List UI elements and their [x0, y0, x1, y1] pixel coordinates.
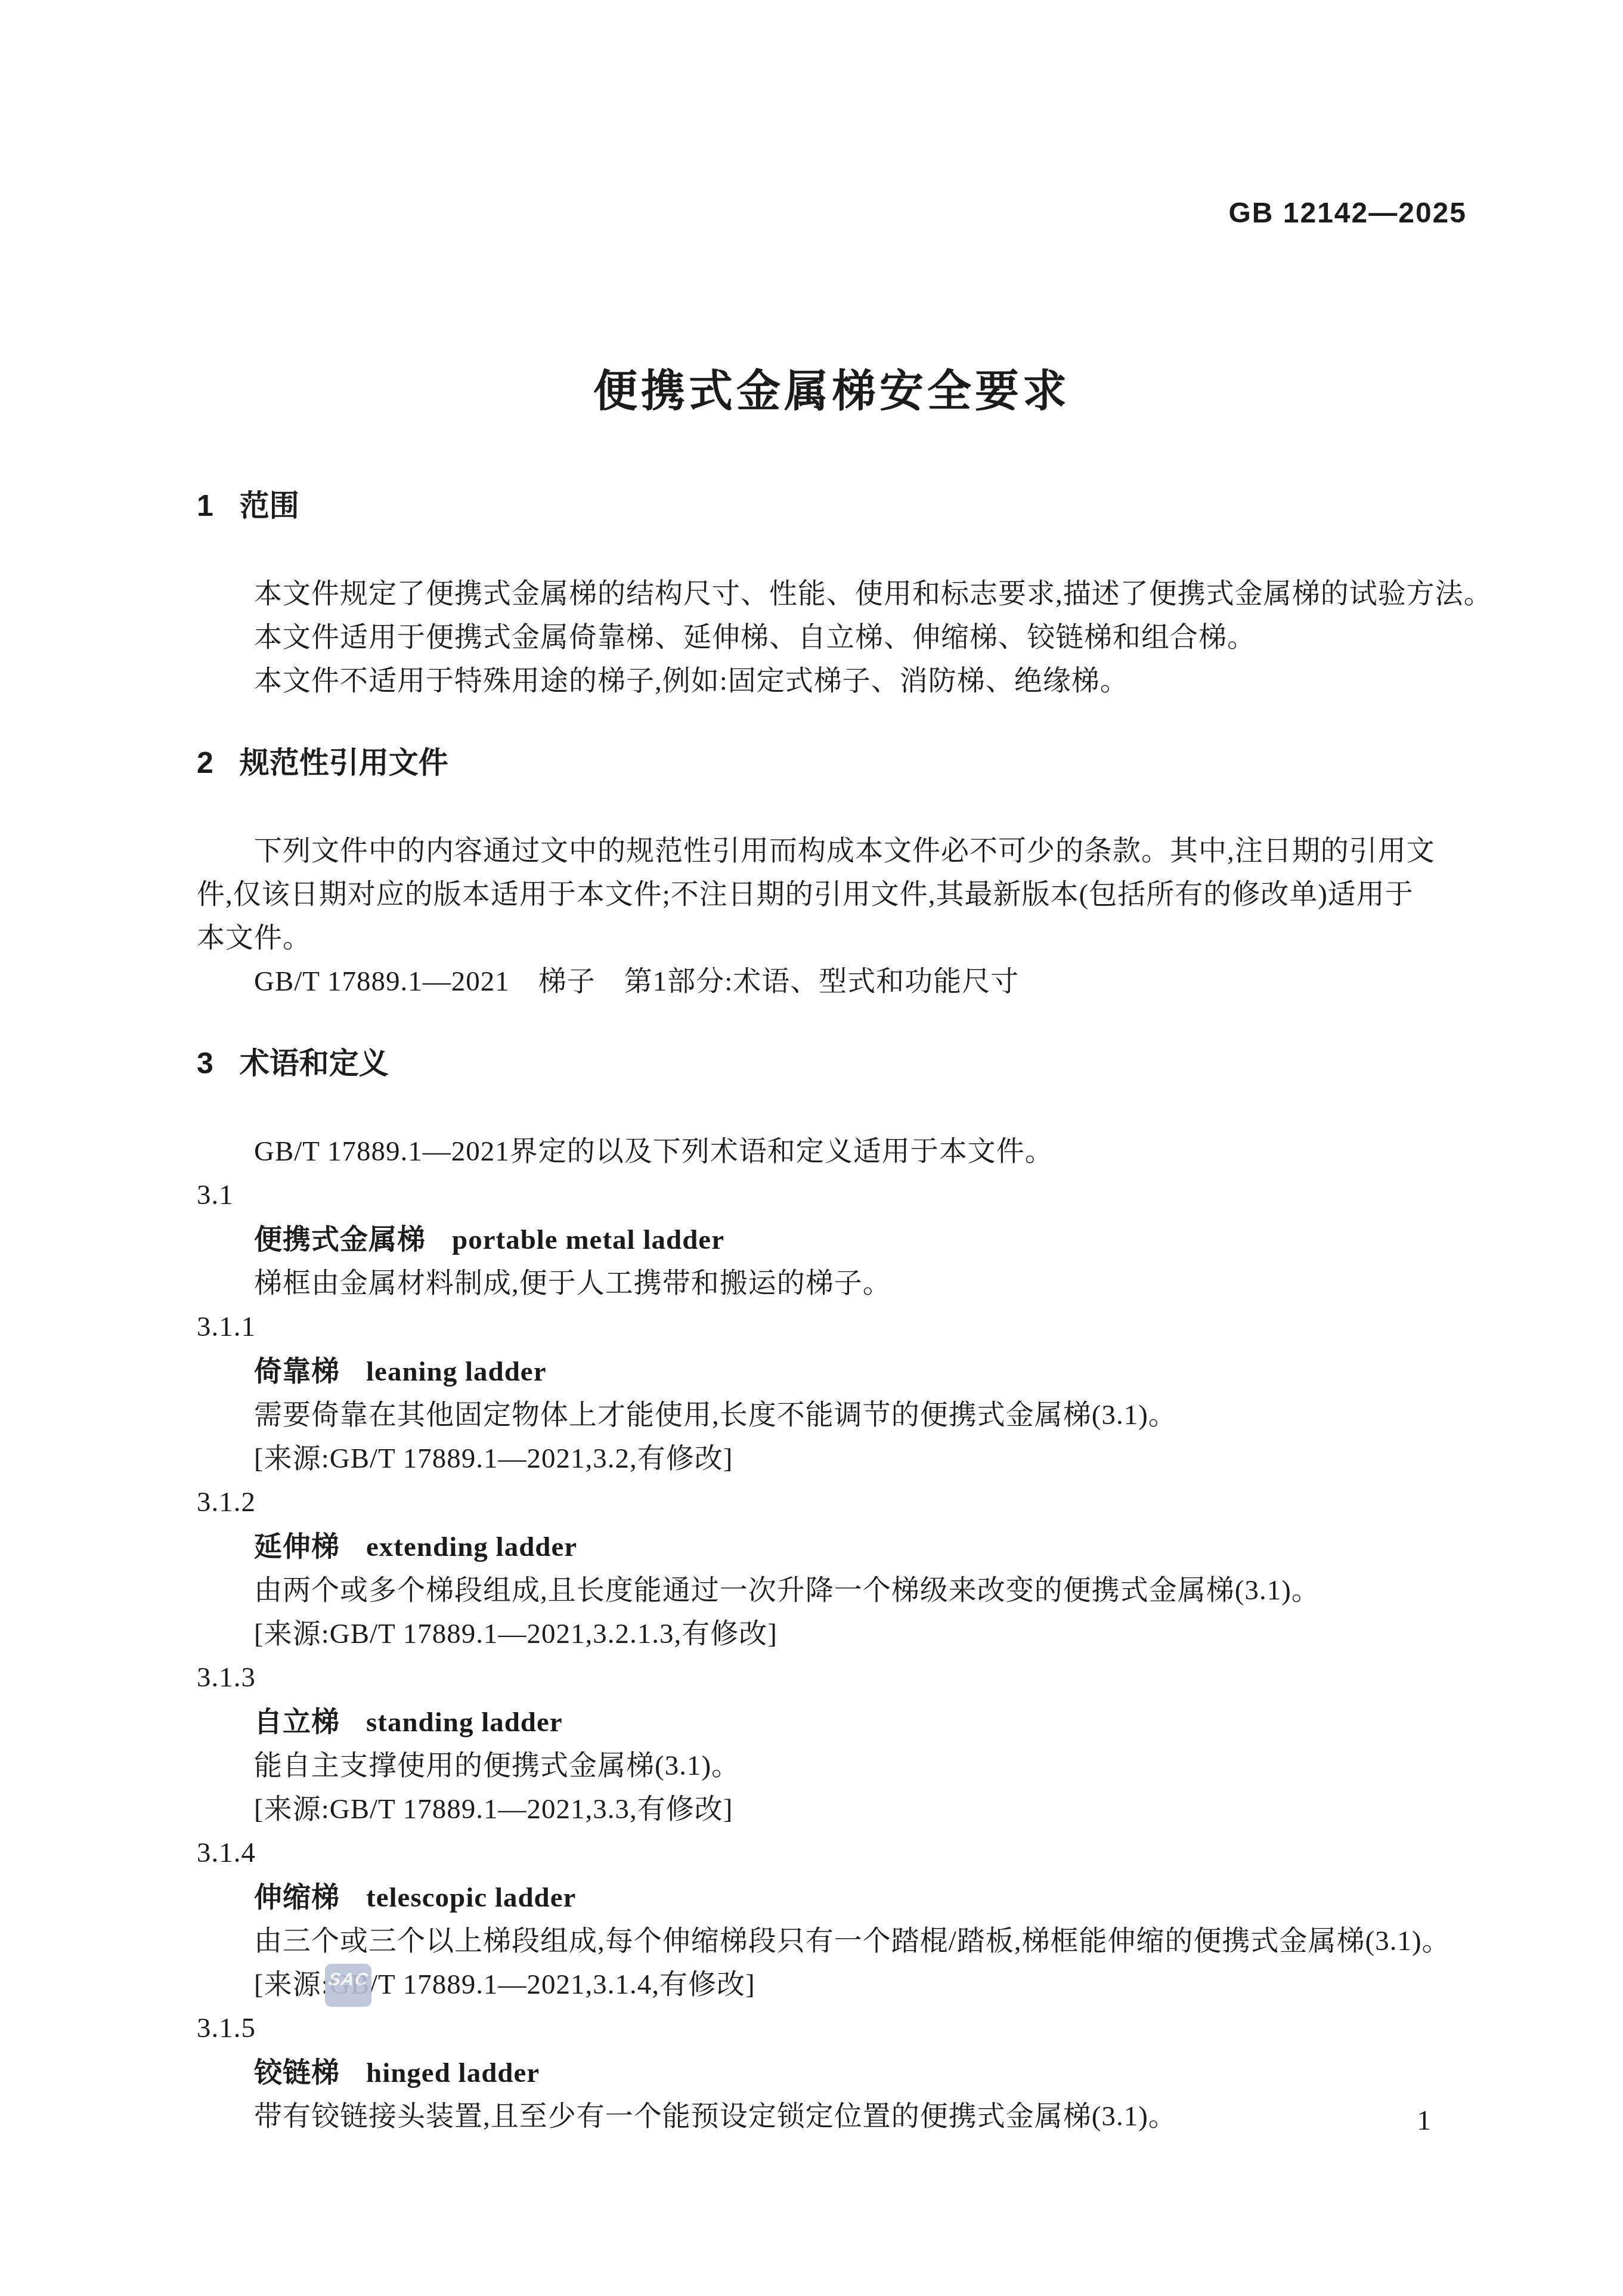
term-definition: 由两个或多个梯段组成,且长度能通过一次升降一个梯级来改变的便携式金属梯(3.1)… [197, 1569, 1467, 1613]
term-zh: 便携式金属梯 [254, 1223, 426, 1255]
term-definition: 由三个或三个以上梯段组成,每个伸缩梯段只有一个踏棍/踏板,梯框能伸缩的便携式金属… [197, 1920, 1467, 1963]
term-title: 倚靠梯leaning ladder [197, 1349, 1467, 1394]
term-en: leaning ladder [366, 1356, 547, 1387]
page-number: 1 [1417, 2104, 1432, 2137]
term-number: 3.1 [197, 1174, 1467, 1217]
paragraph-line: 本文件不适用于特殊用途的梯子,例如:固定式梯子、消防梯、绝缘梯。 [197, 660, 1467, 703]
term-title: 自立梯standing ladder [197, 1700, 1467, 1744]
term-title: 便携式金属梯portable metal ladder [197, 1217, 1467, 1262]
section-1-heading: 1范围 [197, 489, 1467, 522]
term-number: 3.1.3 [197, 1656, 1467, 1700]
document-title: 便携式金属梯安全要求 [197, 360, 1467, 422]
sac-watermark-logo: SAC [325, 1964, 371, 2007]
section-3-number: 3 [197, 1047, 213, 1080]
term-title: 伸缩梯telescopic ladder [197, 1875, 1467, 1920]
section-3-label: 术语和定义 [240, 1047, 389, 1080]
terms-intro: GB/T 17889.1—2021界定的以及下列术语和定义适用于本文件。 [197, 1130, 1467, 1174]
paragraph-line: 本文件规定了便携式金属梯的结构尺寸、性能、使用和标志要求,描述了便携式金属梯的试… [197, 573, 1467, 616]
term-title: 铰链梯hinged ladder [197, 2050, 1467, 2095]
section-3-heading: 3术语和定义 [197, 1047, 1467, 1080]
term-definition: 梯框由金属材料制成,便于人工携带和搬运的梯子。 [197, 1262, 1467, 1305]
paragraph-line: 件,仅该日期对应的版本适用于本文件;不注日期的引用文件,其最新版本(包括所有的修… [197, 873, 1467, 917]
term-zh: 延伸梯 [254, 1530, 340, 1562]
term-en: portable metal ladder [452, 1224, 724, 1255]
term-zh: 自立梯 [254, 1706, 340, 1737]
term-definition: 能自主支撑使用的便携式金属梯(3.1)。 [197, 1744, 1467, 1788]
section-2-heading: 2规范性引用文件 [197, 746, 1467, 779]
term-en: standing ladder [366, 1707, 563, 1738]
section-2-number: 2 [197, 746, 213, 779]
document-page: GB 12142—2025 便携式金属梯安全要求 1范围 本文件规定了便携式金属… [0, 0, 1623, 2296]
normative-reference: GB/T 17889.1—2021 梯子 第1部分:术语、型式和功能尺寸 [197, 960, 1467, 1004]
section-1-label: 范围 [240, 489, 299, 522]
term-en: extending ladder [366, 1531, 577, 1562]
term-source: [来源:GB/T 17889.1—2021,3.2.1.3,有修改] [197, 1613, 1467, 1656]
section-2-label: 规范性引用文件 [240, 746, 448, 779]
term-zh: 铰链梯 [254, 2056, 340, 2088]
term-en: hinged ladder [366, 2057, 540, 2088]
standard-number: GB 12142—2025 [197, 197, 1467, 230]
term-number: 3.1.5 [197, 2007, 1467, 2050]
term-source: [来源:GB/T 17889.1—2021,3.2,有修改] [197, 1437, 1467, 1481]
section-1-number: 1 [197, 489, 213, 522]
term-definition: 带有铰链接头装置,且至少有一个能预设定锁定位置的便携式金属梯(3.1)。 [197, 2095, 1467, 2139]
term-en: telescopic ladder [366, 1882, 576, 1913]
page-content: GB 12142—2025 便携式金属梯安全要求 1范围 本文件规定了便携式金属… [197, 0, 1467, 2139]
term-number: 3.1.2 [197, 1481, 1467, 1524]
paragraph-line: 下列文件中的内容通过文中的规范性引用而构成本文件必不可少的条款。其中,注日期的引… [197, 830, 1467, 873]
term-definition: 需要倚靠在其他固定物体上才能使用,长度不能调节的便携式金属梯(3.1)。 [197, 1394, 1467, 1437]
term-source: [来源:GB/T 17889.1—2021,3.1.4,有修改] [197, 1963, 1467, 2007]
term-source: [来源:GB/T 17889.1—2021,3.3,有修改] [197, 1788, 1467, 1831]
term-number: 3.1.1 [197, 1305, 1467, 1349]
paragraph-line: 本文件。 [197, 917, 1467, 960]
term-number: 3.1.4 [197, 1831, 1467, 1875]
paragraph-line: 本文件适用于便携式金属倚靠梯、延伸梯、自立梯、伸缩梯、铰链梯和组合梯。 [197, 616, 1467, 660]
term-title: 延伸梯extending ladder [197, 1524, 1467, 1569]
sac-watermark-text: SAC [327, 1970, 369, 1990]
term-zh: 伸缩梯 [254, 1881, 340, 1913]
term-zh: 倚靠梯 [254, 1355, 340, 1387]
